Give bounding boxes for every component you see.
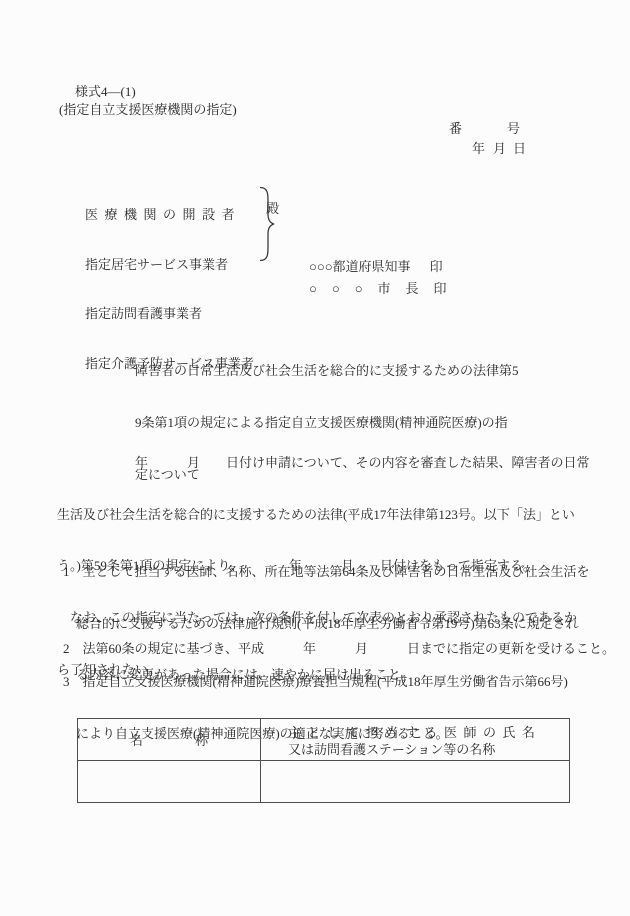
doc-title-line: 障害者の日常生活及び社会生活を総合的に支援するための法律第5 [135, 360, 585, 382]
doc-number-label-right: 号 [507, 121, 520, 136]
condition-line: 3 指定自立支援医療機関(精神通院医療)療養担当規程(平成18年厚生労働省告示第… [63, 671, 585, 693]
governor-name: ○○○都道府県知事 [309, 259, 411, 274]
governor-seal-label: 印 [430, 259, 443, 274]
date-year-label: 年 [472, 141, 485, 156]
body-line: 年 月 日付け申請について、その内容を審査した結果、障害者の日常 [57, 452, 579, 474]
table-header-doctor-line1: 主として担当する医師の氏名 [288, 724, 569, 741]
table-header-doctor-line2: 又は訪問看護ステーション等の名称 [288, 741, 569, 758]
date-field: 年月日 [472, 141, 526, 156]
doctor-table: 名 称 主として担当する医師の氏名 又は訪問看護ステーション等の名称 [77, 718, 570, 803]
table-cell-doctor-empty [261, 761, 569, 802]
doc-number-field: 番号 [449, 121, 520, 136]
honorific-label: 殿 [266, 201, 279, 216]
table-header-doctor: 主として担当する医師の氏名 又は訪問看護ステーション等の名称 [261, 719, 569, 761]
form-code: 様式4―(1) [75, 84, 136, 99]
issuer-mayor-line: ○○○市長印 [309, 281, 462, 296]
recipient-item-medical-institution: 医療機関の開設者 [85, 205, 254, 225]
issuer-governor-line: ○○○都道府県知事印 [309, 259, 443, 274]
table-cell-name-empty [78, 761, 261, 802]
date-day-label: 日 [513, 141, 526, 156]
condition-line: 1 主として担当する医師、名称、所在地等法第64条及び障害者の日常生活及び社会生… [63, 561, 585, 583]
table-header-name: 名 称 [78, 719, 261, 761]
recipient-item-visiting-nurse: 指定訪問看護事業者 [85, 304, 254, 324]
document-page: 様式4―(1) (指定自立支援医療機関の指定) 番号 年月日 医療機関の開設者 … [0, 0, 630, 916]
doc-number-label-left: 番 [449, 121, 462, 136]
body-line: 生活及び社会生活を総合的に支援するための法律(平成17年法律第123号。以下「法… [57, 504, 579, 526]
date-month-label: 月 [493, 141, 506, 156]
form-subtitle: (指定自立支援医療機関の指定) [59, 102, 237, 117]
brace-icon [243, 171, 263, 247]
recipient-item-home-service: 指定居宅サービス事業者 [85, 255, 254, 275]
